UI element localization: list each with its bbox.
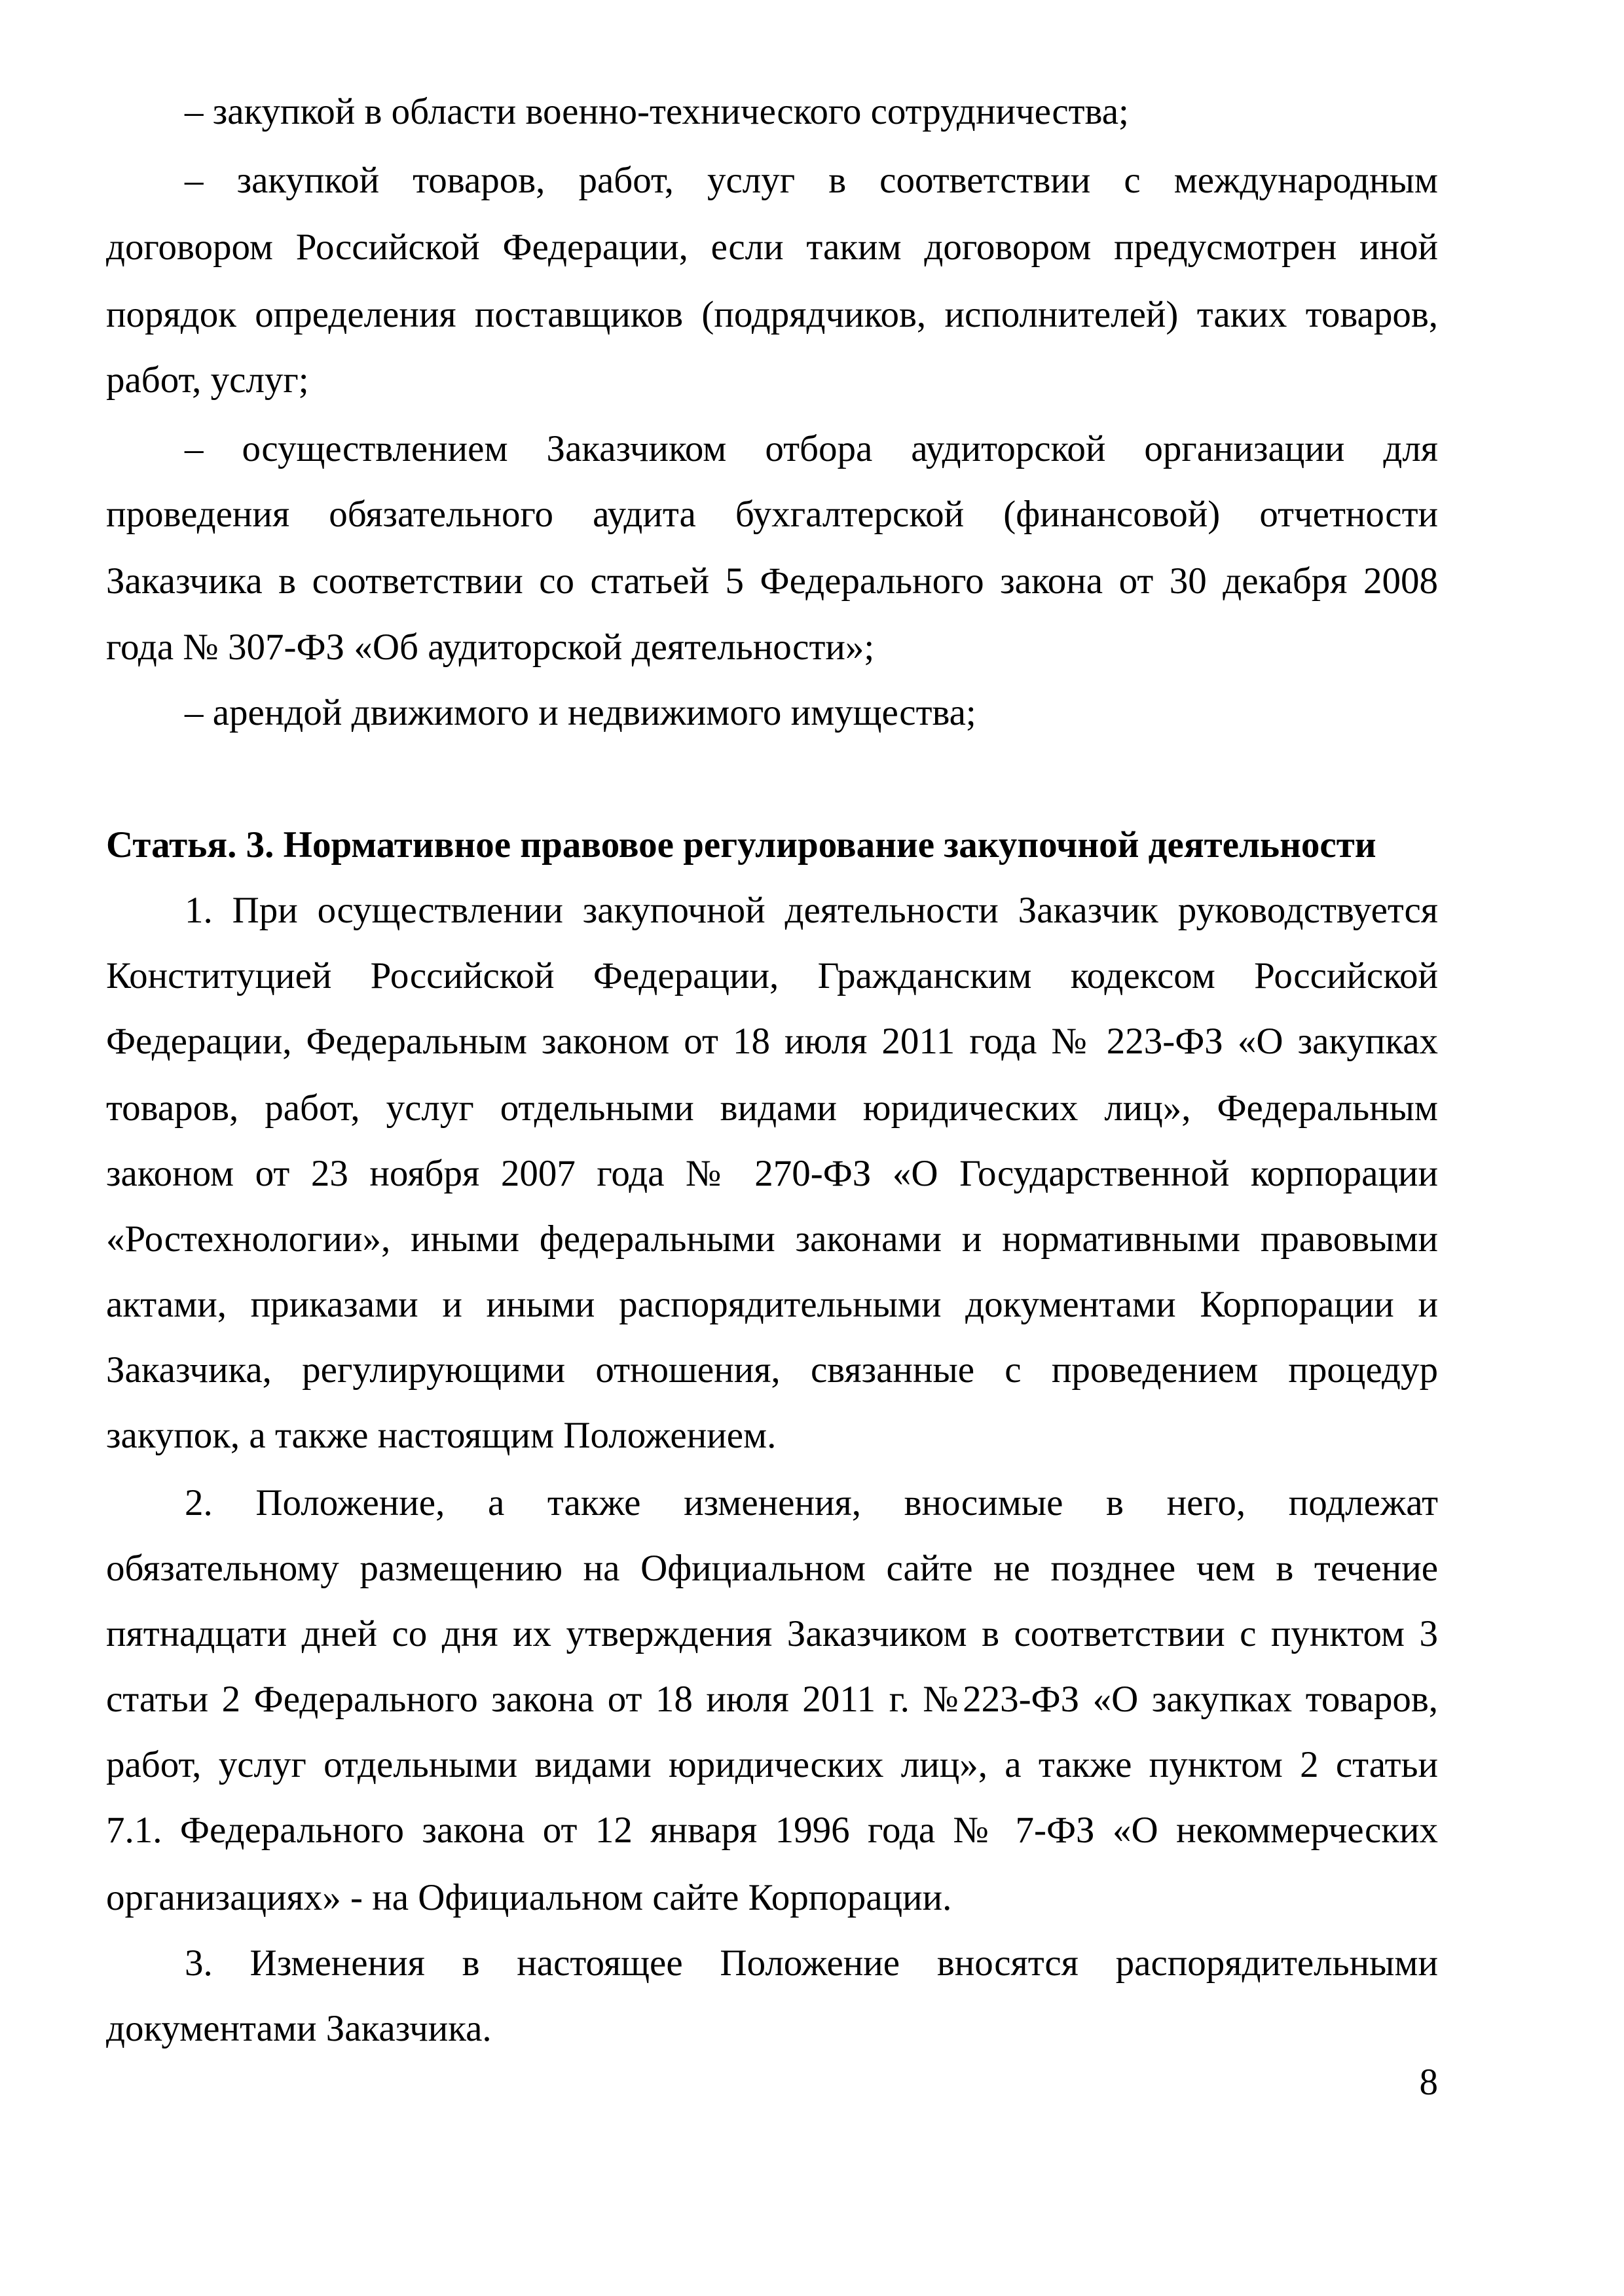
paragraph-1-line-5: законом от 23 ноября 2007 года № 270-ФЗ …: [106, 1155, 1438, 1192]
list-item-audit-line-2: проведения обязательного аудита бухгалте…: [106, 496, 1438, 533]
paragraph-2-line-7: организациях» - на Официальном сайте Кор…: [106, 1879, 1438, 1916]
paragraph-1-line-6: «Ростехнологии», иными федеральными зако…: [106, 1220, 1438, 1258]
paragraph-2-line-4: статьи 2 Федерального закона от 18 июля …: [106, 1681, 1438, 1718]
paragraph-3-line-1: 3. Изменения в настоящее Положение внося…: [185, 1944, 1438, 1982]
paragraph-1-line-1: 1. При осуществлении закупочной деятельн…: [185, 892, 1438, 929]
list-item-audit-line-4: года № 307-ФЗ «Об аудиторской деятельнос…: [106, 629, 1438, 666]
paragraph-2-line-1: 2. Положение, а также изменения, вносимы…: [185, 1484, 1438, 1522]
paragraph-2-line-2: обязательному размещению на Официальном …: [106, 1550, 1438, 1587]
paragraph-1-line-4: товаров, работ, услуг отдельными видами …: [106, 1089, 1438, 1127]
paragraph-3-line-2: документами Заказчика.: [106, 2010, 1438, 2047]
list-item-international-treaty-line-3: порядок определения поставщиков (подрядч…: [106, 296, 1438, 333]
list-item-military-cooperation: – закупкой в области военно-технического…: [185, 93, 1438, 130]
list-item-audit-line-3: Заказчика в соответствии со статьей 5 Фе…: [106, 562, 1438, 600]
list-item-international-treaty-line-2: договором Российской Федерации, если так…: [106, 228, 1438, 266]
paragraph-1-line-8: Заказчика, регулирующими отношения, связ…: [106, 1351, 1438, 1389]
paragraph-2-line-3: пятнадцати дней со дня их утверждения За…: [106, 1615, 1438, 1652]
list-item-property-lease: – арендой движимого и недвижимого имущес…: [185, 694, 1438, 731]
paragraph-2-line-5: работ, услуг отдельными видами юридическ…: [106, 1746, 1438, 1783]
paragraph-1-line-3: Федерации, Федеральным законом от 18 июл…: [106, 1023, 1438, 1060]
article-heading: Статья. 3. Нормативное правовое регулиро…: [106, 826, 1438, 864]
paragraph-1-line-7: актами, приказами и иными распорядительн…: [106, 1286, 1438, 1323]
list-item-international-treaty-line-1: – закупкой товаров, работ, услуг в соотв…: [185, 162, 1438, 199]
list-item-international-treaty-line-4: работ, услуг;: [106, 361, 1438, 399]
list-item-audit-line-1: – осуществлением Заказчиком отбора аудит…: [185, 430, 1438, 467]
page-number: 8: [1373, 2064, 1438, 2101]
paragraph-1-line-9: закупок, а также настоящим Положением.: [106, 1417, 1438, 1454]
document-page: – закупкой в области военно-технического…: [0, 0, 1624, 2296]
paragraph-2-line-6: 7.1. Федерального закона от 12 января 19…: [106, 1812, 1438, 1849]
paragraph-1-line-2: Конституцией Российской Федерации, Гражд…: [106, 957, 1438, 994]
